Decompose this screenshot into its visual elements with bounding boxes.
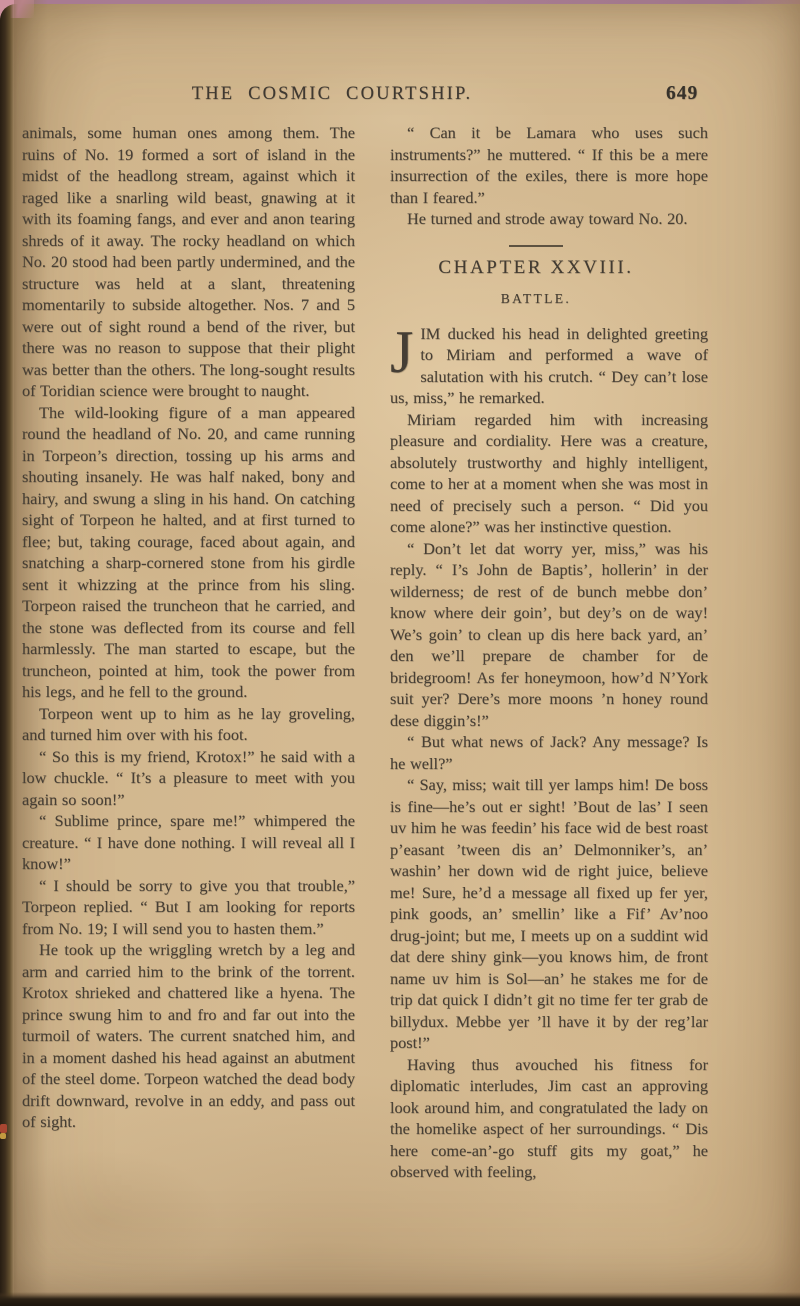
book-page: THE COSMIC COURTSHIP. 649 animals, some … — [0, 0, 800, 1306]
paragraph: “ Say, miss; wait till yer lamps him! De… — [390, 774, 708, 1054]
paragraph: The wild-looking figure of a man appeare… — [22, 402, 355, 703]
yellow-ink-fleck — [0, 1133, 6, 1139]
chapter-heading: CHAPTER XXVIII. — [377, 257, 695, 279]
dropcap-initial: J — [390, 323, 420, 385]
column-left: animals, some human ones among them. The… — [22, 122, 355, 1133]
red-ink-fleck — [0, 1124, 7, 1133]
section-heading: BATTLE. — [377, 291, 695, 307]
paragraph: “ I should be sorry to give you that tro… — [22, 875, 355, 940]
paragraph: “ Sublime prince, spare me!” whimpered t… — [22, 810, 355, 875]
section-divider-rule — [509, 245, 563, 247]
page-title: THE COSMIC COURTSHIP. — [192, 84, 473, 104]
paragraph: “ Don’t let dat worry yer, miss,” was hi… — [390, 538, 708, 732]
paragraph: animals, some human ones among them. The… — [22, 122, 355, 402]
paragraph: “ Can it be Lamara who uses such instrum… — [390, 122, 708, 208]
running-header: THE COSMIC COURTSHIP. — [22, 84, 642, 105]
paragraph: Having thus avouched his fitness for dip… — [390, 1054, 708, 1183]
paragraph: Miriam regarded him with increasing plea… — [390, 409, 708, 538]
paragraph: JIM ducked his head in delighted greetin… — [390, 323, 708, 409]
paragraph: “ But what news of Jack? Any message? Is… — [390, 731, 708, 774]
paragraph: He turned and strode away toward No. 20. — [390, 208, 708, 230]
paragraph: He took up the wriggling wretch by a leg… — [22, 939, 355, 1133]
binding-edge — [0, 4, 18, 1306]
paragraph: Torpeon went up to him as he lay groveli… — [22, 703, 355, 746]
paragraph: “ So this is my friend, Krotox!” he said… — [22, 746, 355, 811]
column-right: “ Can it be Lamara who uses such instrum… — [390, 122, 708, 1183]
page-top-edge — [0, 0, 800, 4]
page-bottom-edge — [0, 1292, 800, 1306]
page-number: 649 — [666, 83, 726, 105]
